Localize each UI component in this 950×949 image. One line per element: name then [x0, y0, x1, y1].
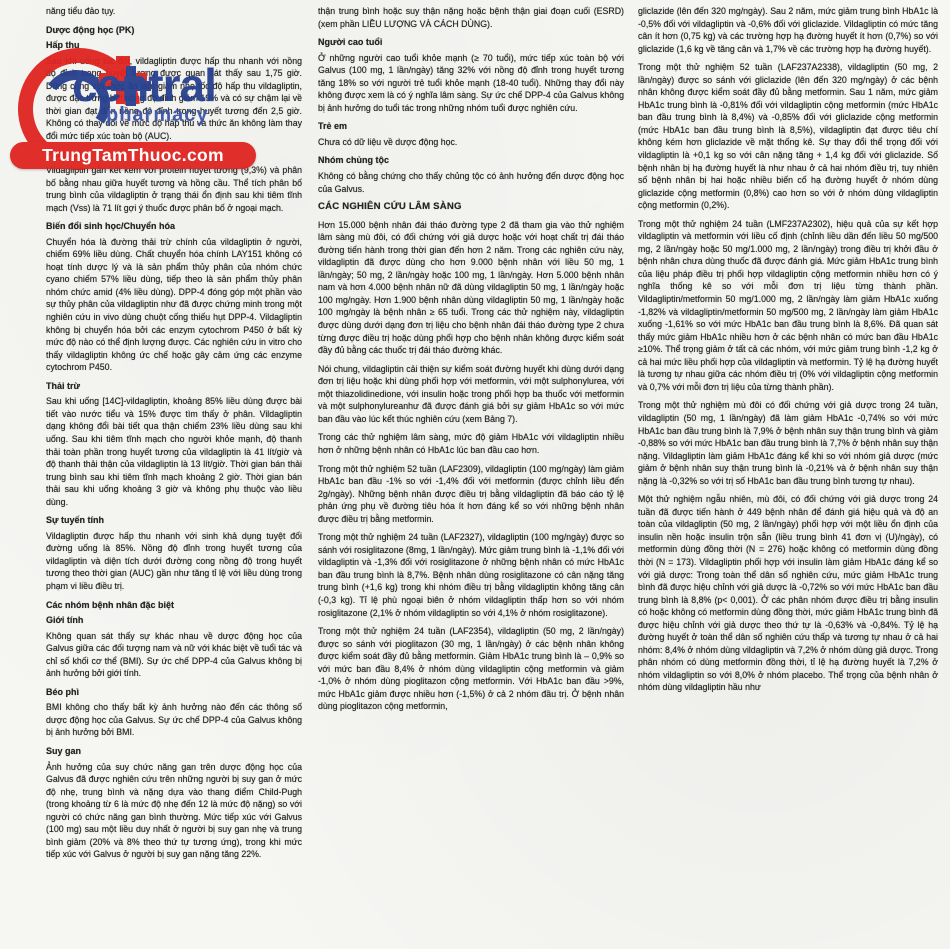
paragraph: Ảnh hưởng của suy chức năng gan trên dượ…	[46, 761, 302, 861]
section-heading: CÁC NGHIÊN CỨU LÂM SÀNG	[318, 201, 624, 214]
column-right: gliclazide (lên đến 320 mg/ngày). Sau 2 …	[638, 5, 938, 949]
logo-banner: TrungTamThuoc.com	[10, 142, 256, 169]
paragraph: BMI không cho thấy bất kỳ ảnh hưởng nào …	[46, 701, 302, 739]
paragraph: Vildagliptin được hấp thu nhanh với sinh…	[46, 530, 302, 593]
pharmacy-watermark-logo: central pharmacy TrungTamThuoc.com	[4, 34, 270, 184]
section-heading: Giới tính	[46, 614, 302, 627]
paragraph: Trong một thử nghiệm mù đôi có đối chứng…	[638, 399, 938, 487]
paragraph: Trong một thử nghiệm 24 tuần (LAF2327), …	[318, 531, 624, 619]
section-heading: Thải trừ	[46, 380, 302, 393]
section-heading: Các nhóm bệnh nhân đặc biệt	[46, 599, 302, 612]
paragraph: gliclazide (lên đến 320 mg/ngày). Sau 2 …	[638, 5, 938, 55]
paragraph: năng tiểu đảo tụy.	[46, 5, 302, 18]
section-heading: Người cao tuổi	[318, 36, 624, 49]
section-heading: Biến đổi sinh học/Chuyển hóa	[46, 220, 302, 233]
paragraph: Trong các thử nghiệm lâm sàng, mức độ gi…	[318, 431, 624, 456]
section-heading: Trẻ em	[318, 120, 624, 133]
logo-sub-text: pharmacy	[106, 104, 209, 127]
section-heading: Béo phì	[46, 686, 302, 699]
paragraph: Không quan sát thấy sự khác nhau về dược…	[46, 630, 302, 680]
paragraph: Một thử nghiệm ngẫu nhiên, mù đôi, có đố…	[638, 493, 938, 694]
section-heading: Sự tuyến tính	[46, 514, 302, 527]
paragraph: Hơn 15.000 bệnh nhân đái tháo đường type…	[318, 219, 624, 357]
paragraph: Trong một thử nghiệm 24 tuần (LAF2354), …	[318, 625, 624, 713]
column-middle: thận trung bình hoặc suy thận nặng hoặc …	[318, 5, 624, 949]
paragraph: Trong một thử nghiệm 24 tuần (LMF237A230…	[638, 218, 938, 394]
paragraph: Trong một thử nghiệm 52 tuần (LAF2309), …	[318, 463, 624, 526]
paragraph: Trong một thử nghiệm 52 tuần (LAF237A233…	[638, 61, 938, 212]
section-heading: Nhóm chủng tộc	[318, 154, 624, 167]
paragraph: Ở những người cao tuổi khỏe mạnh (≥ 70 t…	[318, 52, 624, 115]
paragraph: Không có bằng chứng cho thấy chủng tộc c…	[318, 170, 624, 195]
paragraph: Chuyển hóa là đường thải trừ chính của v…	[46, 236, 302, 374]
paragraph: Sau khi uống [14C]-vildagliptin, khoảng …	[46, 395, 302, 508]
section-heading: Suy gan	[46, 745, 302, 758]
paragraph: Nói chung, vildagliptin cải thiện sự kiể…	[318, 363, 624, 426]
paragraph: Chưa có dữ liệu về dược động học.	[318, 136, 624, 149]
paragraph: thận trung bình hoặc suy thận nặng hoặc …	[318, 5, 624, 30]
